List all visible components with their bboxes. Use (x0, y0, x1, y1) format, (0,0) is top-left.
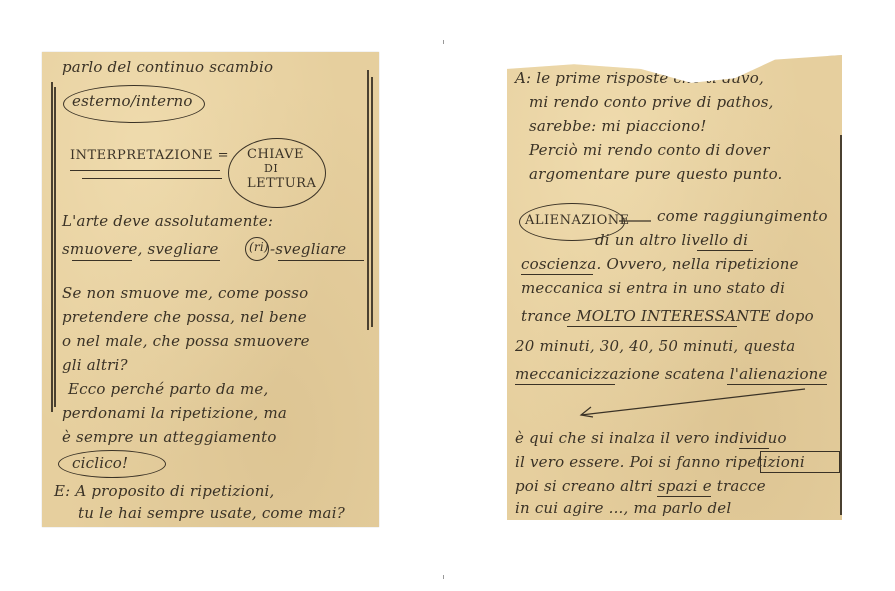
underline (82, 178, 222, 179)
underline (150, 260, 220, 261)
underline (278, 260, 364, 261)
handwritten-line: mi rendo conto prive di pathos, (529, 93, 774, 111)
underline (567, 326, 737, 327)
handwritten-line: o nel male, che possa smuovere (62, 332, 310, 350)
handwritten-line: in cui agire ..., ma parlo del (515, 499, 731, 517)
handwritten-line: poi si creano altri spazi e tracce (515, 477, 766, 495)
handwritten-line: di un altro livello di (595, 231, 748, 249)
underline (521, 274, 593, 275)
underline (70, 170, 220, 171)
handwritten-heading: ALIENAZIONE (525, 213, 630, 228)
margin-line-right-inner (371, 77, 373, 327)
handwritten-word: (ri) (249, 240, 269, 254)
handwritten-line: pretendere che possa, nel bene (62, 308, 307, 326)
left-notebook-page: parlo del continuo scambio esterno/inter… (42, 52, 379, 527)
right-notebook-page: A: le prime risposte che ti davo, mi ren… (507, 55, 842, 520)
gutter-mark (443, 40, 444, 44)
handwritten-line: Perciò mi rendo conto di dover (529, 141, 770, 159)
handwritten-line: meccanicizzazione scatena l'alienazione (515, 365, 828, 383)
handwritten-line: argomentare pure questo punto. (529, 165, 783, 183)
underline (739, 448, 769, 449)
arrow-right-icon (619, 215, 655, 227)
handwritten-word: -svegliare (270, 240, 346, 258)
underline (72, 260, 132, 261)
handwritten-line: perdonami la ripetizione, ma (62, 404, 287, 422)
box-annotation (760, 451, 840, 473)
handwritten-line: gli altri? (62, 356, 128, 374)
margin-line-left (51, 82, 53, 412)
handwritten-line: A: le prime risposte che ti davo, (515, 69, 764, 87)
handwritten-line: parlo del continuo scambio (62, 58, 273, 76)
handwritten-line: Se non smuove me, come posso (62, 284, 308, 302)
handwritten-word: DI (264, 162, 278, 175)
handwritten-line: tu le hai sempre usate, come mai? (78, 504, 345, 522)
handwritten-word: ciclico! (72, 454, 128, 472)
gutter-mark (443, 575, 444, 579)
handwritten-line: è sempre un atteggiamento (62, 428, 277, 446)
handwritten-line: coscienza. Ovvero, nella ripetizione (521, 255, 799, 273)
handwritten-line: E: A proposito di ripetizioni, (54, 482, 275, 500)
handwritten-line: sarebbe: mi piacciono! (529, 117, 706, 135)
handwritten-line: L'arte deve assolutamente: (62, 212, 273, 230)
handwritten-line: trance MOLTO INTERESSANTE dopo (521, 307, 814, 325)
handwritten-word: CHIAVE (247, 147, 304, 162)
handwritten-line: esterno/interno (72, 92, 193, 110)
handwritten-line: meccanica si entra in uno stato di (521, 279, 785, 297)
margin-line-right (840, 135, 842, 515)
handwritten-line: è qui che si inalza il vero individuo (515, 429, 787, 447)
handwritten-heading: INTERPRETAZIONE = (70, 148, 229, 163)
handwritten-word: LETTURA (247, 176, 316, 191)
handwritten-line: Ecco perché parto da me, (68, 380, 268, 398)
handwritten-line: smuovere, svegliare (62, 240, 219, 258)
handwritten-line: come raggiungimento (657, 207, 828, 225)
arrow-left-icon (577, 385, 807, 421)
underline (657, 496, 711, 497)
handwritten-line: 20 minuti, 30, 40, 50 minuti, questa (515, 337, 795, 355)
margin-line-left-inner (54, 87, 56, 407)
margin-line-right (367, 70, 369, 330)
underline (697, 250, 753, 251)
